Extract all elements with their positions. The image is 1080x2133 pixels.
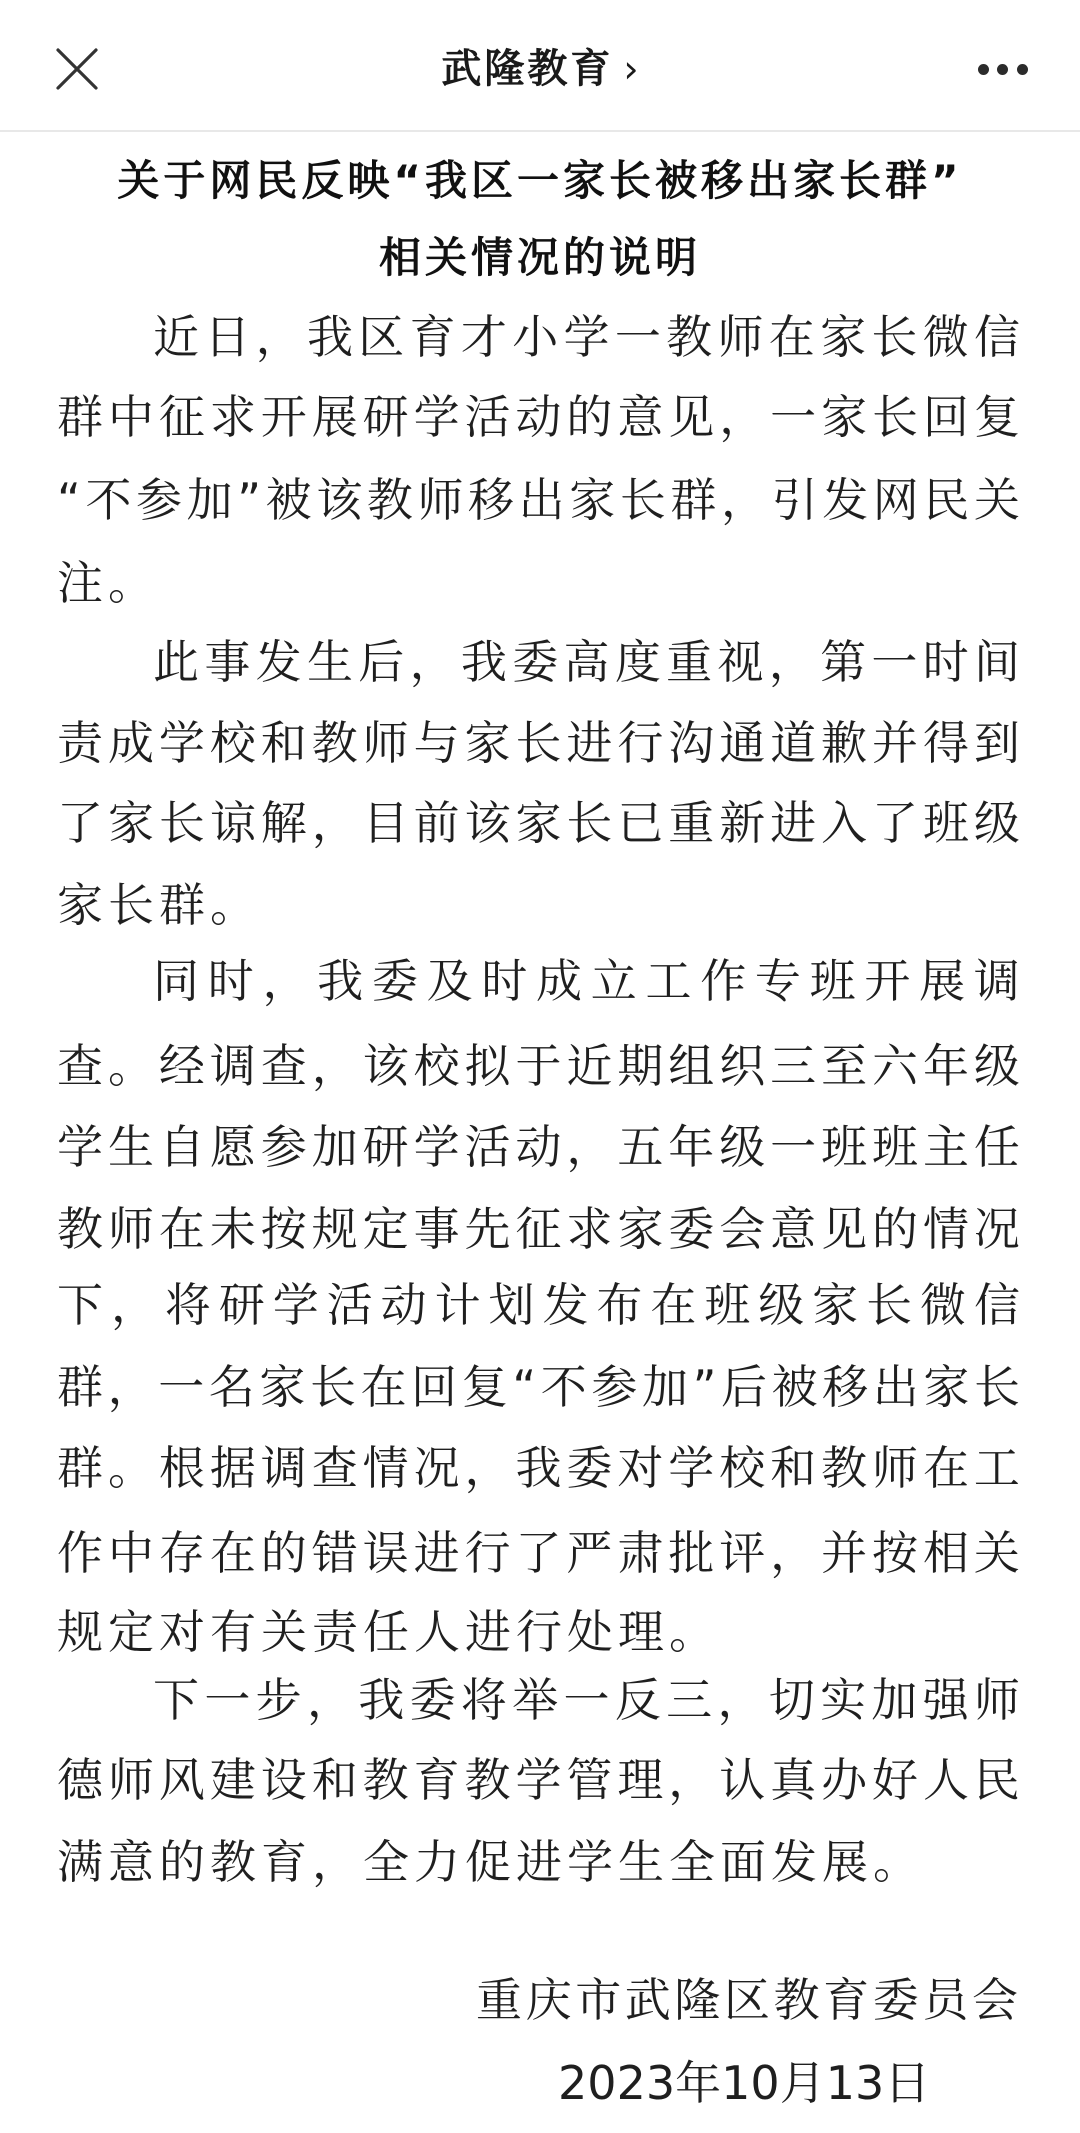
text-line: “不参加”被该教师移出家长群，引发网民关 [57, 470, 1020, 530]
text-line: 同时，我委及时成立工作专班开展调 [153, 951, 1020, 1011]
text-line: 群中征求开展研学活动的意见，一家长回复 [57, 387, 1020, 447]
text-line: 责成学校和教师与家长进行沟通道歉并得到 [57, 713, 1020, 773]
text-line: 作中存在的错误进行了严肃批评，并按相关 [57, 1523, 1020, 1583]
text-line: 下，将研学活动计划发布在班级家长微信 [57, 1275, 1020, 1335]
signature-date: 2023年10月13日 [558, 2053, 918, 2113]
text-line: 注。 [57, 553, 1020, 613]
text-line: 近日，我区育才小学一教师在家长微信 [153, 307, 1020, 367]
text-line: 此事发生后，我委高度重视，第一时间 [153, 632, 1020, 692]
text-line: 查。经调查，该校拟于近期组织三至六年级 [57, 1036, 1020, 1096]
more-options-button[interactable] [970, 50, 1034, 90]
header-divider [0, 130, 1080, 132]
more-dots-icon [997, 64, 1008, 75]
text-line: 下一步，我委将举一反三，切实加强师 [153, 1670, 1020, 1730]
text-line: 群，一名家长在回复“不参加”后被移出家长 [57, 1357, 1020, 1417]
account-name: 武隆教育 [441, 46, 613, 92]
top-nav-bar: 武隆教育› [0, 0, 1080, 130]
text-line: 学生自愿参加研学活动，五年级一班班主任 [57, 1117, 1020, 1177]
article-title-line-2: 相关情况的说明 [0, 228, 1080, 288]
text-line: 家长群。 [57, 875, 1020, 935]
more-dots-icon [1017, 64, 1028, 75]
account-name-link[interactable]: 武隆教育› [0, 44, 1080, 94]
text-line: 教师在未按规定事先征求家委会意见的情况 [57, 1199, 1020, 1259]
article-title-line-1: 关于网民反映“我区一家长被移出家长群” [0, 151, 1080, 211]
text-line: 满意的教育，全力促进学生全面发展。 [57, 1832, 1020, 1892]
chevron-right-icon: › [623, 44, 638, 94]
text-line: 规定对有关责任人进行处理。 [57, 1602, 1020, 1662]
more-dots-icon [978, 64, 989, 75]
text-line: 了家长谅解，目前该家长已重新进入了班级 [57, 793, 1020, 853]
text-line: 德师风建设和教育教学管理，认真办好人民 [57, 1750, 1020, 1810]
text-line: 群。根据调查情况，我委对学校和教师在工 [57, 1438, 1020, 1498]
signature-organization: 重庆市武隆区教育委员会 [476, 1970, 1018, 2030]
